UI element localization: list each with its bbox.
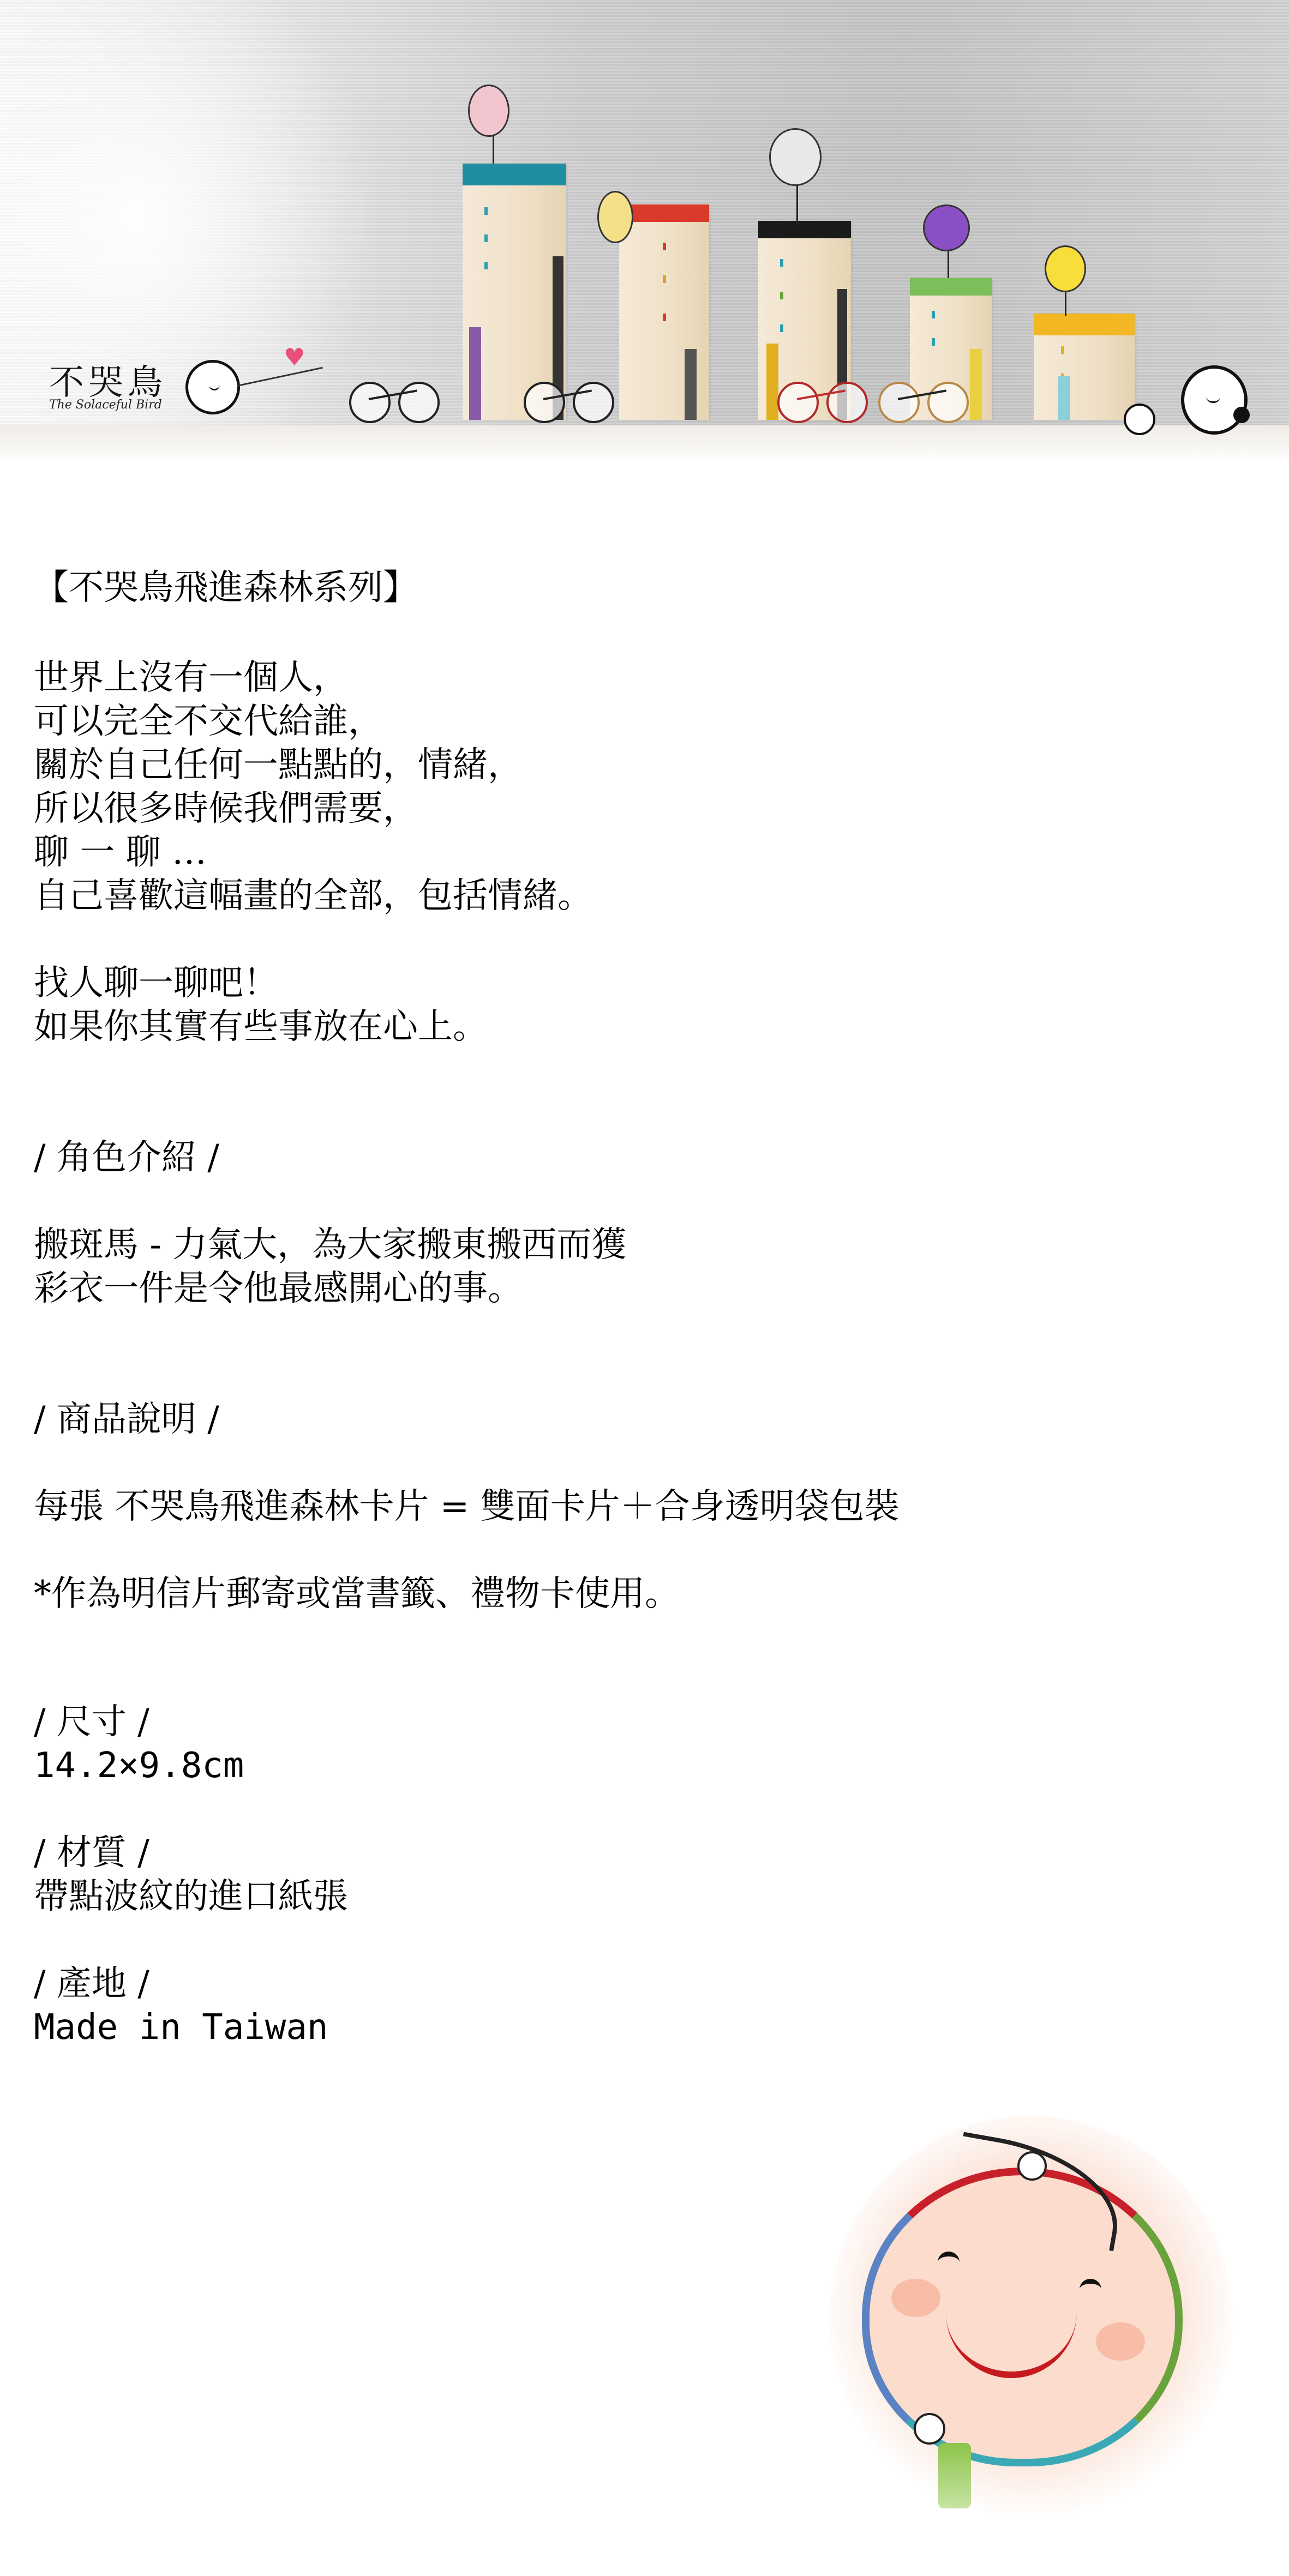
shelf [0, 425, 1289, 464]
closing-line: 找人聊一聊吧！ [34, 961, 278, 1005]
bird-icon [185, 360, 240, 414]
right-eye [1080, 2279, 1101, 2300]
character-heading: / 角色介紹 / [34, 1136, 219, 1179]
character-pin [769, 128, 822, 186]
left-cheek [891, 2279, 940, 2317]
material-value: 帶點波紋的進口紙張 [34, 1875, 348, 1918]
character-description: 彩衣一件是令他最感開心的事。 [34, 1267, 523, 1310]
bird-icon [1181, 365, 1248, 435]
series-title: 【不哭鳥飛進森林系列】 [34, 566, 418, 610]
bicycle-icon [777, 376, 870, 425]
poem-line: 關於自己任何一點點的，情緒， [34, 743, 523, 787]
left-eye [938, 2252, 960, 2273]
hero-banner: 不哭鳥 The Solaceful Bird ♥ [0, 0, 1289, 464]
character-pin [923, 204, 970, 251]
poem-line: 世界上沒有一個人， [34, 656, 348, 700]
closing-line: 如果你其實有些事放在心上。 [34, 1005, 488, 1049]
brand-logo-english: The Solaceful Bird [49, 398, 162, 412]
smiling-character-illustration [829, 2116, 1233, 2519]
product-description: 每張 不哭鳥飛進森林卡片 = 雙面卡片＋合身透明袋包裝 [34, 1485, 900, 1528]
character-description: 搬斑馬 - 力氣大，為大家搬東搬西而獲 [34, 1223, 626, 1267]
character-pin [468, 85, 509, 137]
smile [946, 2301, 1077, 2378]
wooden-house-red [619, 204, 709, 420]
heart-icon: ♥ [284, 344, 305, 371]
product-note: *作為明信片郵寄或當書籤、禮物卡使用。 [34, 1572, 680, 1616]
character-neck [938, 2443, 971, 2508]
size-value: 14.2×9.8cm [34, 1744, 244, 1787]
small-bird-icon [1017, 2151, 1047, 2181]
brand-logo-chinese: 不哭鳥 [49, 354, 167, 405]
pin-stem [796, 180, 798, 224]
character-pin [597, 191, 633, 243]
material-heading: / 材質 / [34, 1831, 149, 1875]
bicycle-icon [524, 376, 616, 425]
poem-line: 自己喜歡這幅畫的全部，包括情緒。 [34, 874, 592, 918]
poem-line: 所以很多時候我們需要， [34, 787, 418, 830]
product-heading: / 商品說明 / [34, 1398, 219, 1441]
size-heading: / 尺寸 / [34, 1700, 149, 1744]
small-bird-icon [1124, 404, 1155, 435]
small-bird-icon [914, 2413, 945, 2445]
character-pin [1045, 245, 1086, 292]
origin-value: Made in Taiwan [34, 2006, 328, 2049]
poem-line: 聊 一 聊 … [34, 830, 207, 874]
brand-logo: 不哭鳥 The Solaceful Bird ♥ [49, 354, 289, 420]
poem-line: 可以完全不交代給誰， [34, 700, 383, 743]
origin-heading: / 產地 / [34, 1962, 149, 2006]
wooden-house-yellow [1034, 314, 1135, 420]
bicycle-icon [349, 376, 442, 425]
right-cheek [1096, 2322, 1145, 2361]
bicycle-icon [878, 376, 971, 425]
